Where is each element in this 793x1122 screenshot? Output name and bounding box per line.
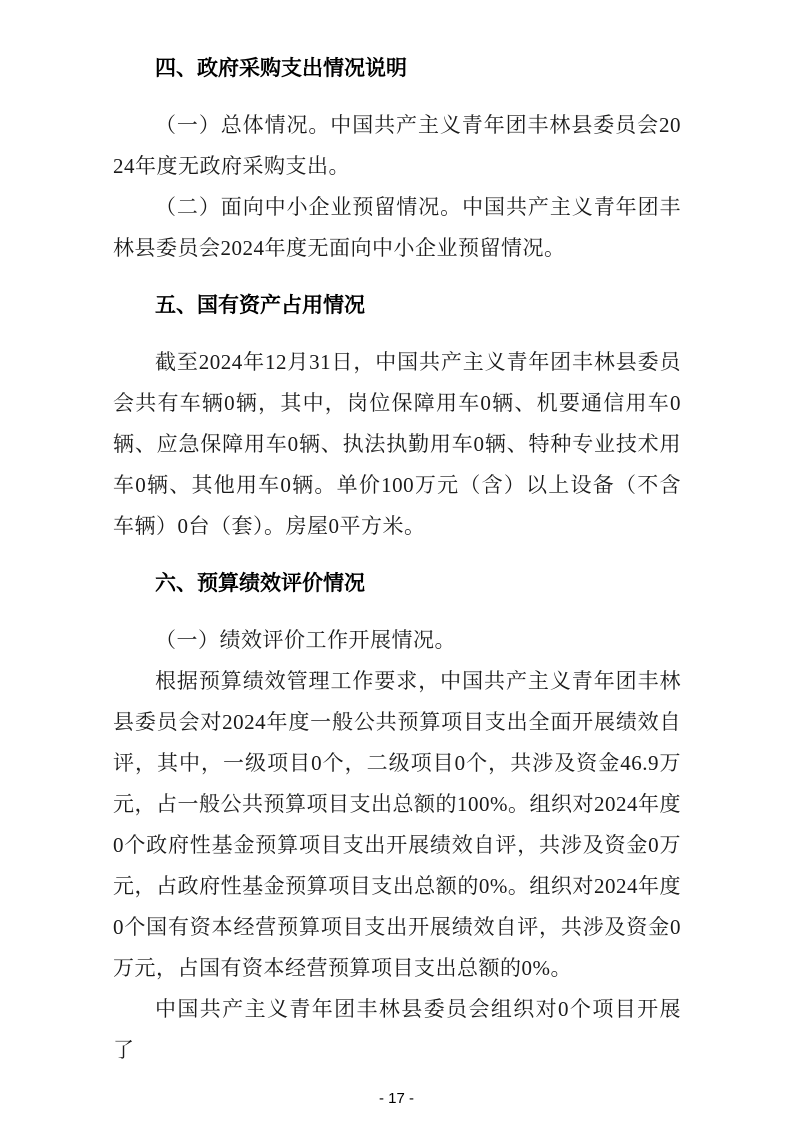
paragraph-assets-detail: 截至2024年12月31日，中国共产主义青年团丰林县委员会共有车辆0辆，其中，岗… — [113, 342, 681, 547]
section-heading-state-owned-assets: 五、国有资产占用情况 — [113, 285, 681, 326]
section-heading-government-procurement: 四、政府采购支出情况说明 — [113, 48, 681, 89]
paragraph-procurement-sme-reserve: （二）面向中小企业预留情况。中国共产主义青年团丰林县委员会2024年度无面向中小… — [113, 187, 681, 269]
section-heading-budget-performance: 六、预算绩效评价情况 — [113, 563, 681, 604]
paragraph-procurement-overall: （一）总体情况。中国共产主义青年团丰林县委员会2024年度无政府采购支出。 — [113, 105, 681, 187]
section-state-owned-assets: 五、国有资产占用情况 截至2024年12月31日，中国共产主义青年团丰林县委员会… — [113, 285, 681, 547]
paragraph-performance-projects-continued: 中国共产主义青年团丰林县委员会组织对0个项目开展了 — [113, 989, 681, 1071]
section-budget-performance: 六、预算绩效评价情况 （一）绩效评价工作开展情况。 根据预算绩效管理工作要求，中… — [113, 563, 681, 1071]
paragraph-performance-self-evaluation: 根据预算绩效管理工作要求，中国共产主义青年团丰林县委员会对2024年度一般公共预… — [113, 661, 681, 989]
document-page: 四、政府采购支出情况说明 （一）总体情况。中国共产主义青年团丰林县委员会2024… — [0, 0, 793, 1122]
section-government-procurement: 四、政府采购支出情况说明 （一）总体情况。中国共产主义青年团丰林县委员会2024… — [113, 48, 681, 269]
page-footer: - 17 - — [0, 1091, 793, 1106]
paragraph-performance-subtitle: （一）绩效评价工作开展情况。 — [113, 620, 681, 661]
page-number: - 17 - — [379, 1090, 414, 1107]
